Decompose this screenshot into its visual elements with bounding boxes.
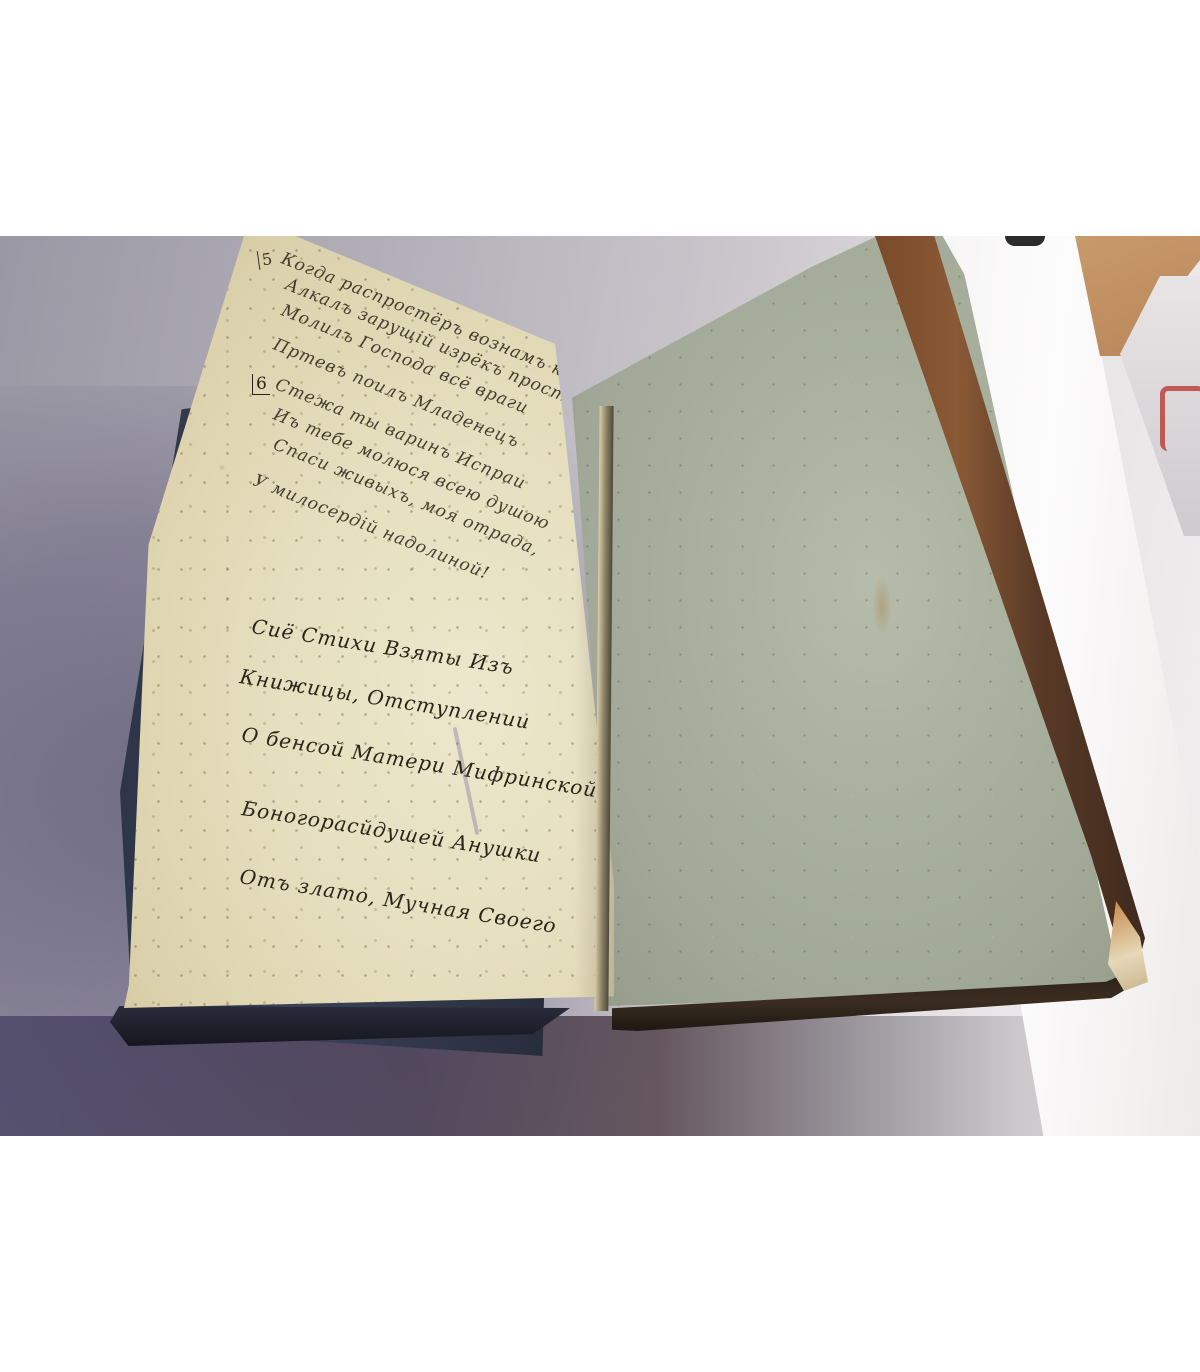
background-clip <box>1005 236 1045 246</box>
verse-marker: 6 <box>252 374 270 395</box>
page-number: 5 <box>257 249 274 270</box>
book-photo: 5 6 Когда распростёръ вознамъ кресто Алк… <box>0 236 1200 1136</box>
background-red-print <box>1160 386 1200 451</box>
handwritten-page: 5 6 Когда распростёръ вознамъ кресто Алк… <box>124 236 614 1008</box>
foxing-stain <box>872 576 892 636</box>
